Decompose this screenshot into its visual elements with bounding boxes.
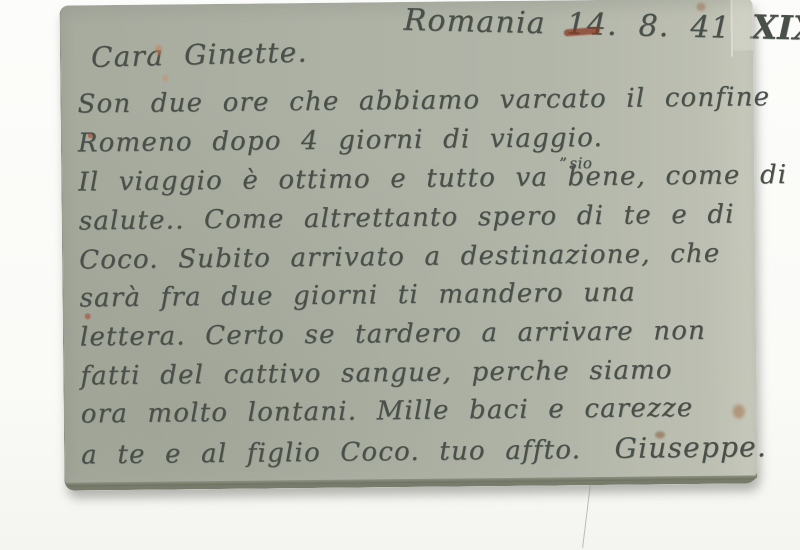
body-line: salute.. Come altrettanto spero di te e … (79, 200, 735, 237)
closing-line: a te e al figlio Coco. tuo affto. Giusep… (81, 430, 767, 470)
date-value: 14. 8. 41 (566, 7, 731, 46)
paper-fleck (162, 75, 168, 82)
body-line: sarà fra due giorni ti mandero una (79, 278, 636, 314)
body-line: Coco. Subito arrivato a destinazione, ch… (79, 239, 721, 276)
body-line: Il viaggio è ottimo e tutto va bene, com… (78, 160, 787, 197)
body-line: Son due ore che abbiamo varcato il confi… (77, 82, 770, 119)
card-bottom-edge (65, 475, 757, 486)
date-location: Romania (403, 3, 546, 41)
red-speck (85, 313, 91, 319)
scanned-postcard-page: Romania 14. 8. 41 XIX Cara Ginette. Son … (0, 0, 800, 550)
body-line: fatti del cattivo sangue, perche siamo (80, 355, 673, 391)
date-line: Romania 14. 8. 41 XIX (403, 0, 800, 48)
scratch-line (582, 484, 591, 548)
body-line: ora molto lontani. Mille baci e carezze (81, 393, 694, 429)
era-numeral: XIX (751, 7, 800, 48)
closing-text: a te e al figlio Coco. tuo affto. (81, 435, 581, 470)
salutation: Cara Ginette. (91, 36, 308, 74)
signature: Giuseppe. (614, 430, 767, 465)
body-line: lettera. Certo se tardero a arrivare non (80, 316, 706, 353)
rust-spot (733, 404, 745, 418)
inserted-word: sio (559, 154, 592, 172)
body-line: Romeno dopo 4 giorni di viaggio. (78, 123, 603, 158)
postcard: Romania 14. 8. 41 XIX Cara Ginette. Son … (59, 0, 757, 491)
